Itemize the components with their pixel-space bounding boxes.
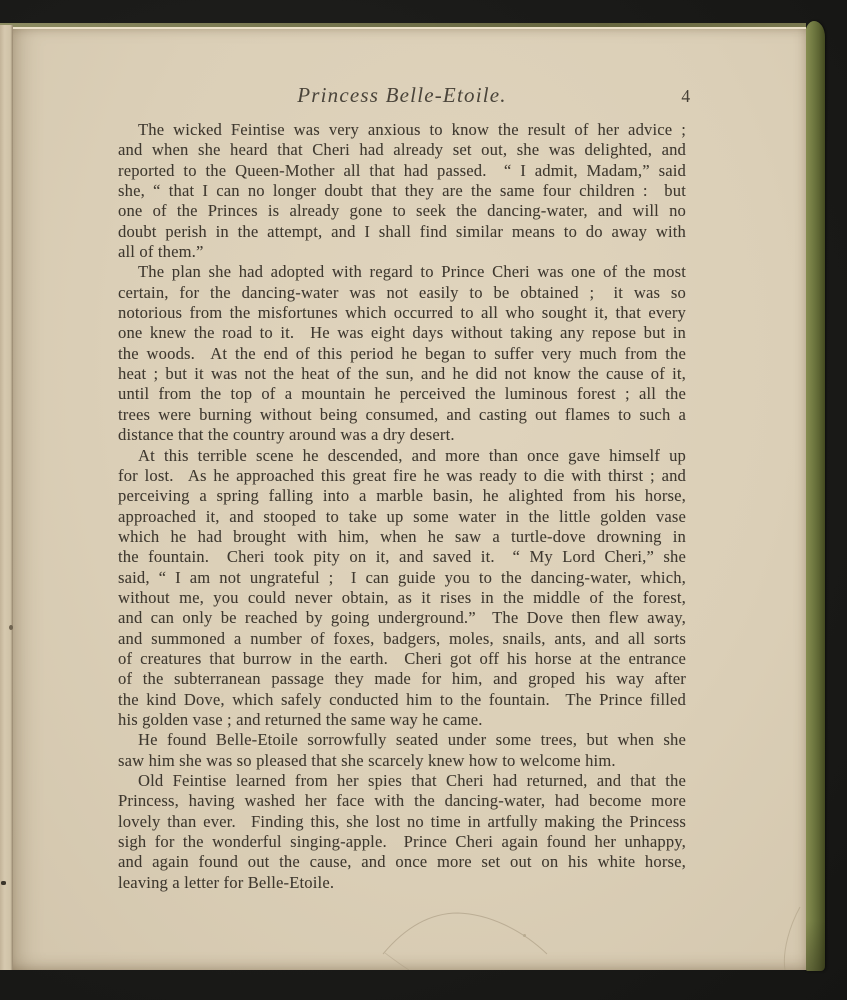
text-line: The plan she had adopted with regard to … <box>118 262 686 282</box>
text-line: lovely than ever. Finding this, she lost… <box>118 812 686 832</box>
text-line: notorious from the misfortunes which occ… <box>118 303 686 323</box>
paragraph: The plan she had adopted with regard to … <box>118 262 686 445</box>
text-line: approached it, and stooped to take up so… <box>118 507 686 527</box>
text-line: the woods. At the end of this period he … <box>118 344 686 364</box>
text-line: which he had brought with him, when he s… <box>118 527 686 547</box>
paper-speck <box>523 934 526 937</box>
text-block: The wicked Feintise was very anxious to … <box>118 120 686 893</box>
book-page: Princess Belle-Etoile. 4 The wicked Fein… <box>13 27 806 970</box>
paper-speck <box>1 881 6 885</box>
text-line: doubt perish in the attempt, and I shall… <box>118 222 686 242</box>
text-line: leaving a letter for Belle-Etoile. <box>118 873 686 893</box>
text-line: certain, for the dancing-water was not e… <box>118 283 686 303</box>
text-line: reported to the Queen-Mother all that ha… <box>118 161 686 181</box>
paragraph: Old Feintise learned from her spies that… <box>118 771 686 893</box>
text-line: for lost. As he approached this great fi… <box>118 466 686 486</box>
text-line: trees were burning without being consume… <box>118 405 686 425</box>
text-line: Old Feintise learned from her spies that… <box>118 771 686 791</box>
text-line: she, “ that I can no longer doubt that t… <box>118 181 686 201</box>
text-line: his golden vase ; and returned the same … <box>118 710 686 730</box>
text-line: the fountain. Cheri took pity on it, and… <box>118 547 686 567</box>
paragraph: At this terrible scene he descended, and… <box>118 446 686 731</box>
text-line: and when she heard that Cheri had alread… <box>118 140 686 160</box>
text-line: and summoned a number of foxes, badgers,… <box>118 629 686 649</box>
paper-speck <box>9 625 13 630</box>
text-line: sigh for the wonderful singing-apple. Pr… <box>118 832 686 852</box>
text-line: and can only be reached by going undergr… <box>118 608 686 628</box>
text-line: until from the top of a mountain he perc… <box>118 384 686 404</box>
paragraph: The wicked Feintise was very anxious to … <box>118 120 686 262</box>
text-line: one of the Princes is already gone to se… <box>118 201 686 221</box>
text-line: the kind Dove, which safely conducted hi… <box>118 690 686 710</box>
page-number: 4 <box>671 86 701 107</box>
text-line: all of them.” <box>118 242 686 262</box>
scanned-book-photo: Princess Belle-Etoile. 4 The wicked Fein… <box>0 0 847 1000</box>
text-line: without me, you could never obtain, as i… <box>118 588 686 608</box>
text-line: said, “ I am not ungrateful ; I can guid… <box>118 568 686 588</box>
paragraph: He found Belle-Etoile sorrowfully seated… <box>118 730 686 771</box>
text-line: The wicked Feintise was very anxious to … <box>118 120 686 140</box>
text-line: He found Belle-Etoile sorrowfully seated… <box>118 730 686 750</box>
text-line: heat ; but it was not the heat of the su… <box>118 364 686 384</box>
text-line: of the subterranean passage they made fo… <box>118 669 686 689</box>
text-line: Princess, having washed her face with th… <box>118 791 686 811</box>
page-edge-stack <box>0 25 13 970</box>
book-cover-edge <box>805 21 825 971</box>
text-line: of creatures that burrow in the earth. C… <box>118 649 686 669</box>
text-line: At this terrible scene he descended, and… <box>118 446 686 466</box>
text-line: saw him she was so pleased that she scar… <box>118 751 686 771</box>
text-line: perceiving a spring falling into a marbl… <box>118 486 686 506</box>
text-line: distance that the country around was a d… <box>118 425 686 445</box>
text-line: one knew the road to it. He was eight da… <box>118 323 686 343</box>
running-title: Princess Belle-Etoile. <box>118 82 686 108</box>
text-line: and again found out the cause, and once … <box>118 852 686 872</box>
